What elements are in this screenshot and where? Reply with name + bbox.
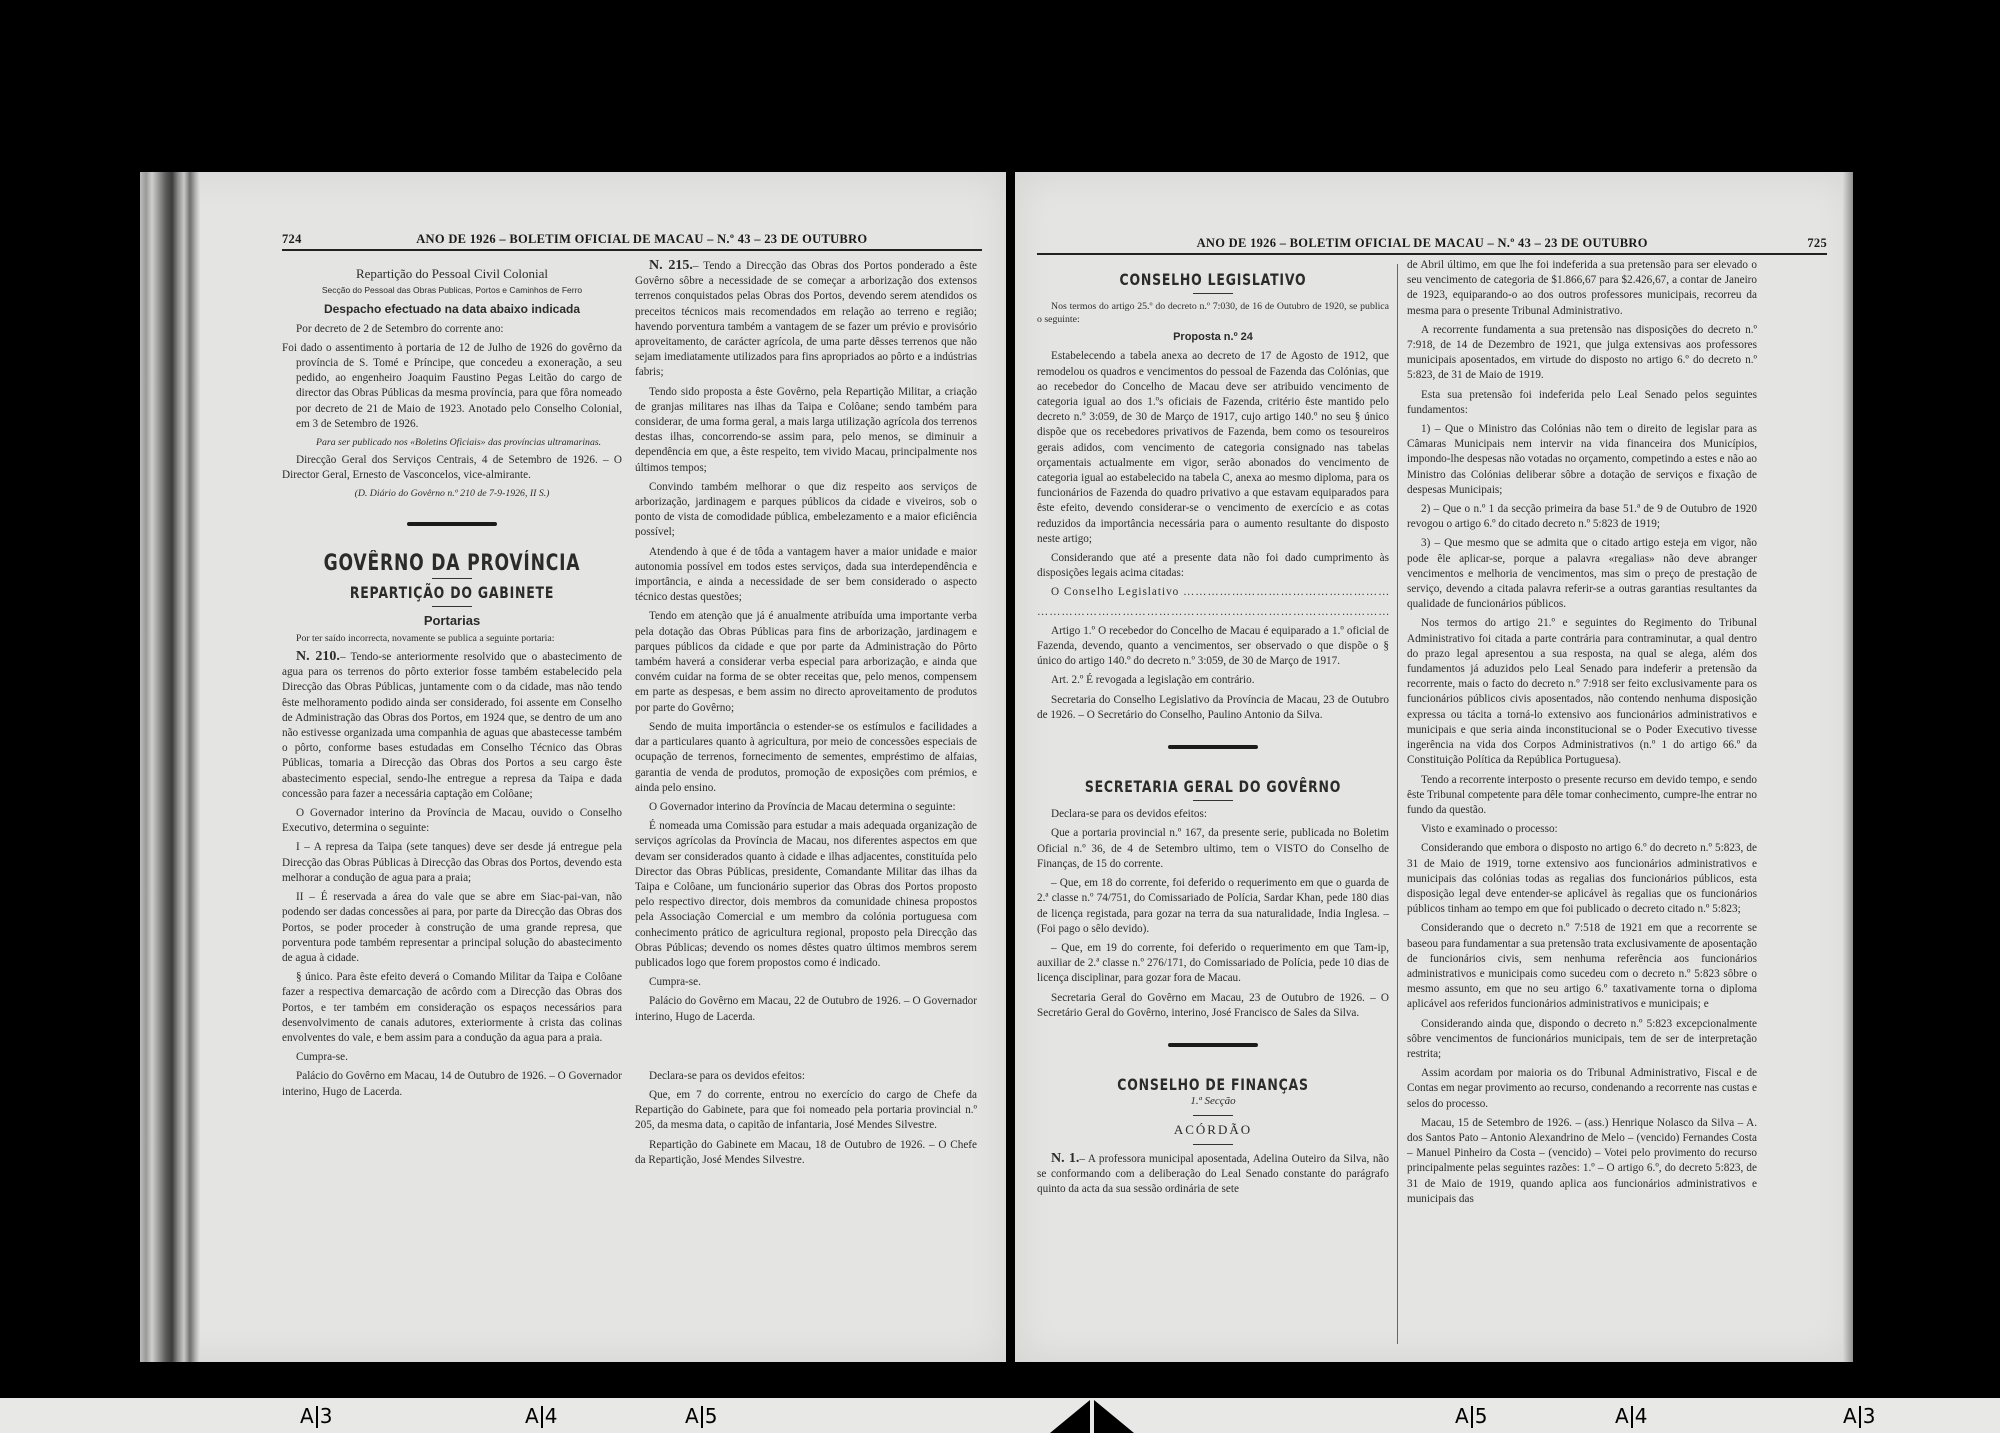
paragraph: Considerando que até a presente data não… — [1037, 551, 1389, 581]
despacho-heading: Despacho efectuado na data abaixo indica… — [282, 302, 622, 317]
frame-mark: A4 — [1615, 1404, 1647, 1428]
frame-mark: A5 — [685, 1404, 717, 1428]
paragraph: Cumpra-se. — [282, 1050, 622, 1065]
paragraph: Declara-se para os devidos efeitos: — [635, 1069, 977, 1084]
dotted-line: …………………………………………………………………………………………… — [1037, 605, 1389, 620]
frame-mark: A3 — [1843, 1404, 1875, 1428]
paragraph: Estabelecendo a tabela anexa ao decreto … — [1037, 349, 1389, 547]
section-heading: Repartição do Pessoal Civil Colonial — [282, 266, 622, 281]
running-head-title: ANO DE 1926 – BOLETIM OFICIAL DE MACAU –… — [416, 232, 867, 247]
paragraph: O Conselho Legislativo …………………………………………… — [1037, 585, 1389, 600]
paragraph: Visto e examinado o processo: — [1407, 822, 1757, 837]
page-number: 724 — [282, 232, 302, 247]
section-title: CONSELHO LEGISLATIVO — [1076, 272, 1351, 287]
frame-center-arrows-icon — [1050, 1400, 1140, 1433]
divider — [432, 606, 472, 607]
paragraph: Considerando que embora o disposto no ar… — [1407, 841, 1757, 917]
acordao-heading: ACÓRDÃO — [1037, 1122, 1389, 1137]
paragraph: Que, em 7 do corrente, entrou no exercíc… — [635, 1088, 977, 1134]
divider — [1193, 293, 1233, 294]
paragraph: Que a portaria provincial n.º 167, da pr… — [1037, 826, 1389, 872]
paragraph: Repartição do Gabinete em Macau, 18 de O… — [635, 1138, 977, 1168]
paragraph: A recorrente fundamenta a sua pretensão … — [1407, 323, 1757, 384]
frame-mark: A4 — [525, 1404, 557, 1428]
right-page: ANO DE 1926 – BOLETIM OFICIAL DE MACAU –… — [1015, 172, 1853, 1362]
divider — [1193, 800, 1233, 801]
section-subtitle: Portarias — [282, 613, 622, 628]
paragraph: Macau, 15 de Setembro de 1926. – (ass.) … — [1407, 1116, 1757, 1207]
paragraph: O Governador interino da Província de Ma… — [282, 806, 622, 836]
paragraph: 3) – Que mesmo que se admita que o citad… — [1407, 536, 1757, 612]
proposta-heading: Proposta n.º 24 — [1037, 330, 1389, 345]
frame-mark: A3 — [300, 1404, 332, 1428]
paragraph: Direcção Geral dos Serviços Centrais, 4 … — [282, 453, 622, 483]
book-gutter — [140, 172, 200, 1362]
left-page: 724 ANO DE 1926 – BOLETIM OFICIAL DE MAC… — [140, 172, 1006, 1362]
paragraph: N. 1.– A professora municipal aposentada… — [1037, 1151, 1389, 1198]
paragraph: Cumpra-se. — [635, 975, 977, 990]
microfilm-strip: A3 A4 A5 A5 A4 A3 — [0, 1398, 2000, 1433]
section-subheading: Secção do Pessoal das Obras Publicas, Po… — [282, 283, 622, 298]
paragraph: II – É reservada a área do vale que se a… — [282, 890, 622, 966]
divider — [432, 578, 472, 579]
paragraph: N. 215.– Tendo a Direcção das Obras dos … — [635, 258, 977, 381]
paragraph: Considerando que o decreto n.º 7:518 de … — [1407, 921, 1757, 1012]
running-head-title: ANO DE 1926 – BOLETIM OFICIAL DE MACAU –… — [1197, 236, 1648, 251]
paragraph: 2) – Que o n.º 1 da secção primeira da b… — [1407, 502, 1757, 532]
section-divider — [1168, 1043, 1258, 1047]
section-divider — [407, 522, 497, 526]
page-number: 725 — [1807, 236, 1827, 251]
running-head: 724 ANO DE 1926 – BOLETIM OFICIAL DE MAC… — [282, 232, 982, 251]
paragraph: É nomeada uma Comissão para estudar a ma… — [635, 819, 977, 971]
paragraph: Palácio do Govêrno em Macau, 22 de Outub… — [635, 994, 977, 1024]
section-title: REPARTIÇÃO DO GABINETE — [319, 585, 584, 600]
paragraph: Secretaria do Conselho Legislativo da Pr… — [1037, 693, 1389, 723]
paragraph: O Governador interino da Província de Ma… — [635, 800, 977, 815]
paragraph: Tendo sido proposta a êste Govêrno, pela… — [635, 385, 977, 476]
paragraph: Assim acordam por maioria os do Tribunal… — [1407, 1066, 1757, 1112]
paragraph: Tendo a recorrente interposto o presente… — [1407, 773, 1757, 819]
section-divider — [1168, 745, 1258, 749]
paragraph: Para ser publicado nos «Boletins Oficiai… — [282, 436, 622, 449]
paragraph: – Que, em 19 do corrente, foi deferido o… — [1037, 941, 1389, 987]
right-column-2: de Abril último, em que lhe foi indeferi… — [1407, 258, 1757, 1211]
running-head: ANO DE 1926 – BOLETIM OFICIAL DE MACAU –… — [1037, 236, 1827, 255]
paragraph: – Que, em 18 do corrente, foi deferido o… — [1037, 876, 1389, 937]
paragraph: Artigo 1.º O recebedor do Concelho de Ma… — [1037, 624, 1389, 670]
paragraph: Tendo em atenção que já é anualmente atr… — [635, 609, 977, 715]
paragraph: § único. Para êste efeito deverá o Coman… — [282, 970, 622, 1046]
paragraph: de Abril último, em que lhe foi indeferi… — [1407, 258, 1757, 319]
paragraph: Convindo também melhorar o que diz respe… — [635, 480, 977, 541]
left-column-2: N. 215.– Tendo a Direcção das Obras dos … — [635, 258, 977, 1172]
section-title: CONSELHO DE FINANÇAS — [1076, 1077, 1351, 1092]
paragraph: Esta sua pretensão foi indeferida pelo L… — [1407, 388, 1757, 418]
paragraph: Nos termos do artigo 21.º e seguintes do… — [1407, 616, 1757, 768]
frame-mark: A5 — [1455, 1404, 1487, 1428]
section-title: GOVÊRNO DA PROVÍNCIA — [319, 556, 584, 571]
paragraph: Declara-se para os devidos efeitos: — [1037, 807, 1389, 822]
section-title: SECRETARIA GERAL DO GOVÊRNO — [1076, 779, 1351, 794]
column-divider — [1397, 264, 1398, 1344]
paragraph: Foi dado o assentimento à portaria de 12… — [282, 341, 622, 432]
paragraph: Por decreto de 2 de Setembro do corrente… — [282, 322, 622, 337]
paragraph: 1) – Que o Ministro das Colónias não tem… — [1407, 422, 1757, 498]
left-column-1: Repartição do Pessoal Civil Colonial Sec… — [282, 264, 622, 1104]
section-subtitle: 1.ª Secção — [1037, 1094, 1389, 1109]
paragraph: (D. Diário do Govêrno n.º 210 de 7-9-192… — [282, 487, 622, 500]
paragraph: Palácio do Govêrno em Macau, 14 de Outub… — [282, 1069, 622, 1099]
paragraph: Considerando ainda que, dispondo o decre… — [1407, 1017, 1757, 1063]
right-column-1: CONSELHO LEGISLATIVO Nos termos do artig… — [1037, 266, 1389, 1201]
paragraph: I – A represa da Taipa (sete tanques) de… — [282, 840, 622, 886]
divider — [1193, 1115, 1233, 1116]
paragraph: Secretaria Geral do Govêrno em Macau, 23… — [1037, 991, 1389, 1021]
paragraph: Art. 2.º É revogada a legislação em cont… — [1037, 673, 1389, 688]
paragraph: Sendo de muita importância o estender-se… — [635, 720, 977, 796]
paragraph: N. 210.– Tendo-se anteriormente resolvid… — [282, 649, 622, 802]
page-edge — [1843, 172, 1853, 1362]
divider — [1193, 1144, 1233, 1145]
paragraph: Atendendo à que é de tôda a vantagem hav… — [635, 545, 977, 606]
paragraph: Nos termos do artigo 25.º do decreto n.º… — [1037, 300, 1389, 326]
paragraph: Por ter saído incorrecta, novamente se p… — [282, 632, 622, 645]
